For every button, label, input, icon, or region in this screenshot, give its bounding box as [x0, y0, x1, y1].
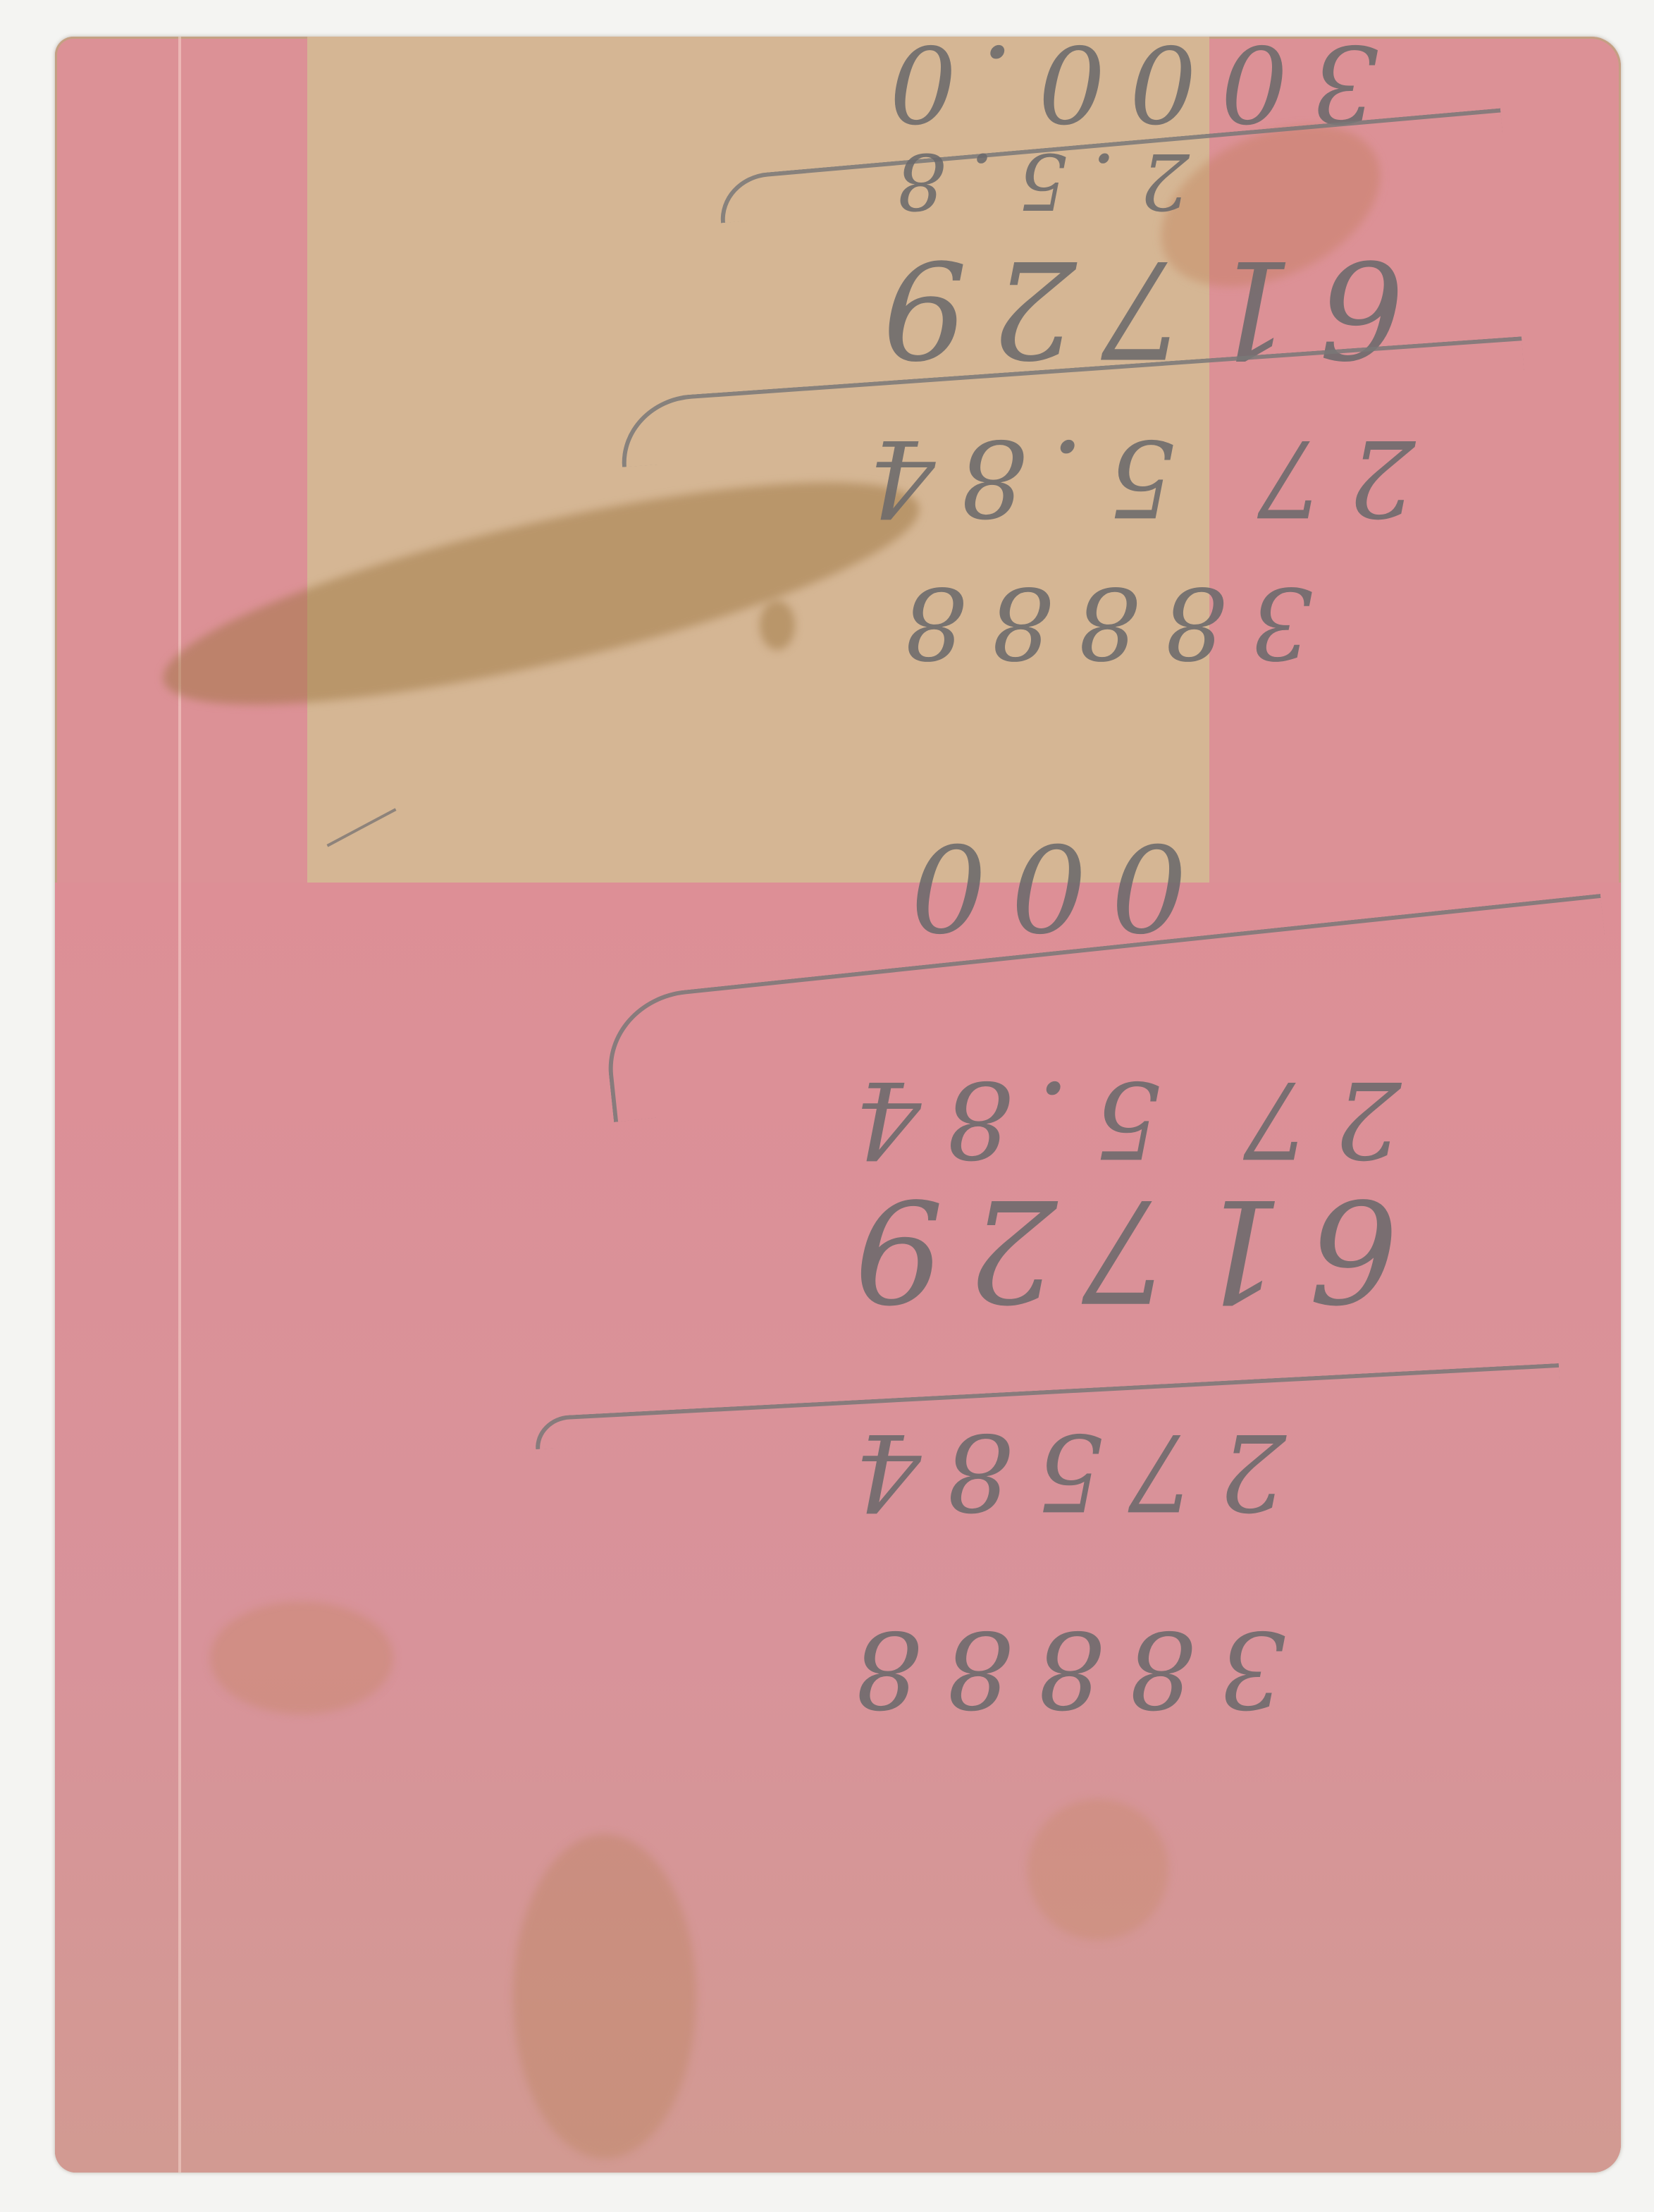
- handwritten-low-zeros: 000: [887, 826, 1187, 946]
- handwritten-low-a: 27 5.84: [830, 1066, 1402, 1172]
- water-stain-drop: [760, 601, 795, 650]
- fold-crease: [178, 37, 181, 2173]
- handwritten-bottom-a: 27584: [830, 1418, 1286, 1524]
- paper-card: 3000.0 2.5.8 61729 27 5.84 38888 000 27 …: [55, 37, 1621, 2173]
- handwritten-mid-b: 38888: [880, 572, 1313, 671]
- water-stain-bottom-right: [1027, 1799, 1168, 1940]
- handwritten-top-result: 3000.0: [865, 37, 1379, 135]
- handwritten-mid-a: 27 5.84: [844, 424, 1416, 530]
- water-stain-bottom-left: [210, 1602, 393, 1714]
- handwritten-bottom-b: 38888: [830, 1616, 1286, 1721]
- handwritten-low-product: 61729: [830, 1179, 1398, 1320]
- handwritten-top-sub: 2.5.8: [872, 142, 1190, 220]
- water-stain-bottom-center: [513, 1834, 696, 2158]
